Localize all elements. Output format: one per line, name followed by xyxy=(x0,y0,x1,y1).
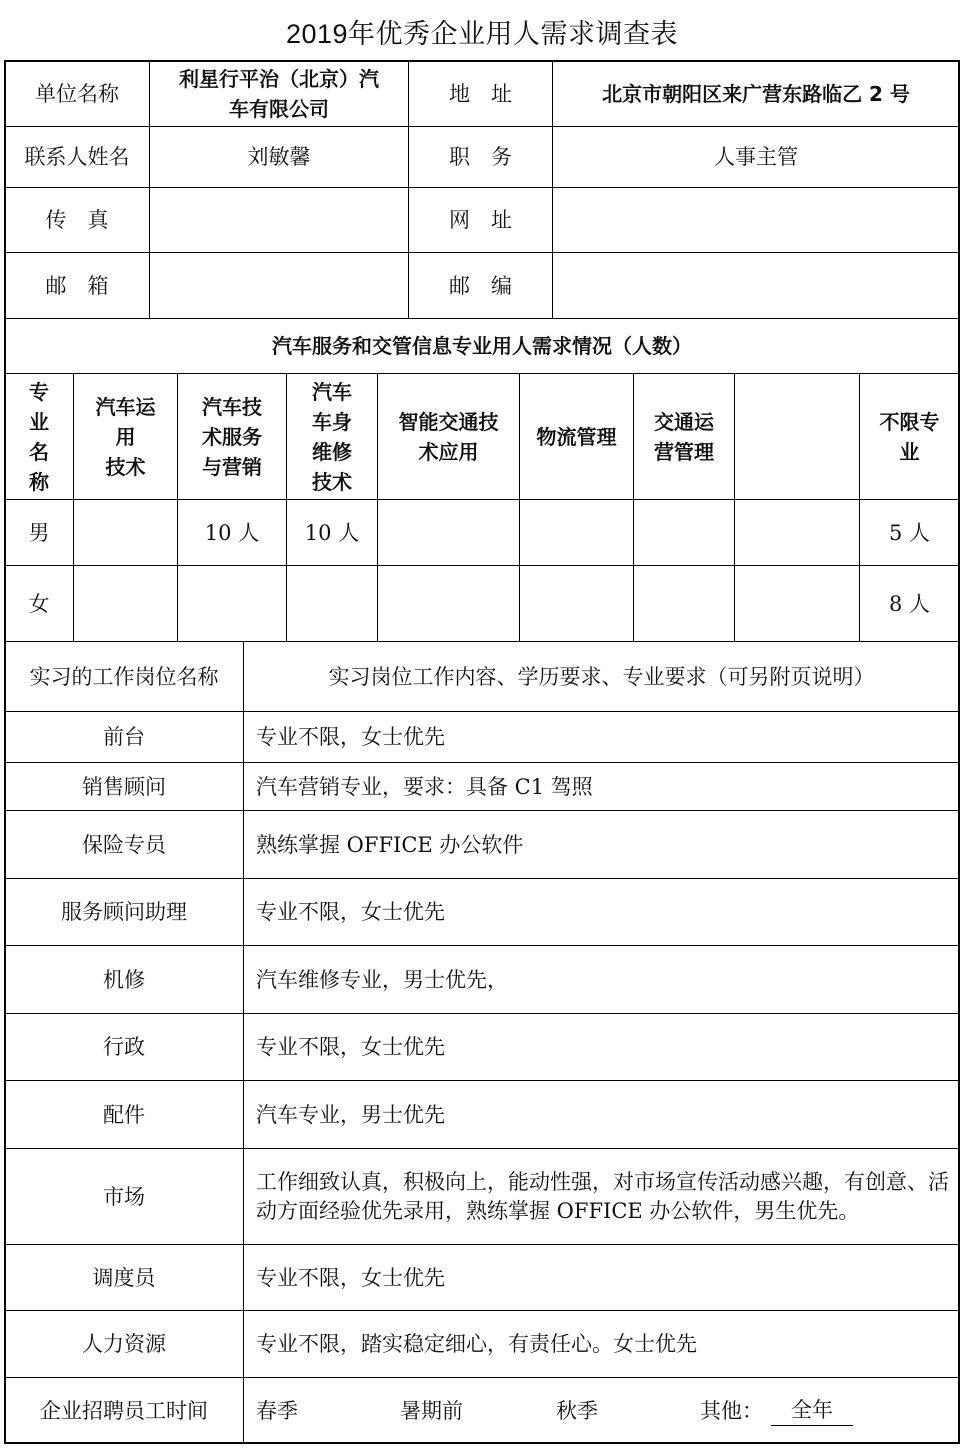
position-requirement: 专业不限，女士优先 xyxy=(243,878,960,946)
line: 智能交通技 xyxy=(399,407,499,437)
line: 营管理 xyxy=(654,437,714,467)
position-requirement: 专业不限，女士优先 xyxy=(243,1013,960,1081)
position-name: 销售顾问 xyxy=(4,762,244,811)
line: 术应用 xyxy=(419,437,479,467)
heading-text: 汽车服务和交管信息专业用人需求情况（人数） xyxy=(272,331,692,361)
email-value xyxy=(149,252,409,319)
female-count-6 xyxy=(734,565,860,642)
position-requirement: 专业不限，女士优先 xyxy=(243,1244,960,1311)
unit-name-line1: 利星行平治（北京）汽 xyxy=(179,64,379,94)
male-count-2: 10 人 xyxy=(286,499,378,566)
line: 物流管理 xyxy=(537,422,617,452)
position-requirement: 专业不限，女士优先 xyxy=(243,711,960,763)
line: 维修 xyxy=(312,437,352,467)
website-label: 网 址 xyxy=(408,187,553,253)
name-text: 人力资源 xyxy=(82,1329,166,1359)
label-text: 职 务 xyxy=(449,142,512,172)
line: 汽车技 xyxy=(202,392,262,422)
line: 用 xyxy=(116,422,136,452)
email-label: 邮 箱 xyxy=(4,252,150,319)
major-header-4: 物流管理 xyxy=(519,373,634,500)
website-value xyxy=(552,187,960,253)
recruit-time-options: 春季 暑期前 秋季 其他： 全年 xyxy=(243,1377,960,1444)
label-text: 邮 箱 xyxy=(46,271,109,301)
major-header-1: 汽车技 术服务 与营销 xyxy=(177,373,287,500)
contact-label: 联系人姓名 xyxy=(4,126,150,188)
major-header-7: 不限专 业 xyxy=(859,373,960,500)
female-count-0 xyxy=(73,565,178,642)
internship-requirement-header: 实习岗位工作内容、学历要求、专业要求（可另附页说明） xyxy=(243,641,960,712)
req-text: 工作细致认真，积极向上，能动性强，对市场宣传活动感兴趣，有创意、活动方面经验优先… xyxy=(256,1168,949,1226)
count: 10 人 xyxy=(305,518,359,548)
req-text: 专业不限，女士优先 xyxy=(256,722,445,752)
address-value: 北京市朝阳区来广营东路临乙 2 号 xyxy=(552,60,960,127)
position-name: 保险专员 xyxy=(4,810,244,879)
position-requirement: 汽车维修专业，男士优先， xyxy=(243,945,960,1014)
name-text: 配件 xyxy=(103,1100,145,1130)
req-text: 专业不限，女士优先 xyxy=(256,1032,445,1062)
req-text: 汽车专业，男士优先 xyxy=(256,1100,445,1130)
gender-male-label: 男 xyxy=(4,499,74,566)
label-text: 邮 编 xyxy=(449,271,512,301)
label-text: 传 真 xyxy=(46,205,109,235)
female-count-7: 8 人 xyxy=(859,565,960,642)
char: 业 xyxy=(29,407,49,437)
req-text: 汽车营销专业，要求：具备 C1 驾照 xyxy=(256,772,593,802)
line: 汽车 xyxy=(312,377,352,407)
major-row-header: 专 业 名 称 xyxy=(4,373,74,500)
label-text: 地 址 xyxy=(449,79,512,109)
position-name: 调度员 xyxy=(4,1244,244,1311)
line: 技术 xyxy=(106,452,146,482)
line: 术服务 xyxy=(202,422,262,452)
position-name: 服务顾问助理 xyxy=(4,878,244,946)
label-text: 企业招聘员工时间 xyxy=(40,1396,208,1426)
position-requirement: 汽车专业，男士优先 xyxy=(243,1080,960,1149)
line: 不限专 xyxy=(880,407,940,437)
position-name: 行政 xyxy=(4,1013,244,1081)
name-text: 行政 xyxy=(103,1032,145,1062)
option-other-value[interactable]: 全年 xyxy=(771,1395,853,1426)
req-text: 专业不限，女士优先 xyxy=(256,1263,445,1293)
fax-label: 传 真 xyxy=(4,187,150,253)
major-header-3: 智能交通技 术应用 xyxy=(377,373,520,500)
name-text: 市场 xyxy=(103,1182,145,1212)
name-text: 服务顾问助理 xyxy=(61,897,187,927)
value-text: 人事主管 xyxy=(714,142,798,172)
major-header-0: 汽车运 用 技术 xyxy=(73,373,178,500)
position-name: 人力资源 xyxy=(4,1310,244,1378)
position-requirement: 熟练掌握 OFFICE 办公软件 xyxy=(243,810,960,879)
gender-female-label: 女 xyxy=(4,565,74,642)
name-text: 机修 xyxy=(103,965,145,995)
position-name: 前台 xyxy=(4,711,244,763)
position-label: 职 务 xyxy=(408,126,553,188)
line: 交通运 xyxy=(654,407,714,437)
req-text: 熟练掌握 OFFICE 办公软件 xyxy=(256,830,523,860)
major-header-6 xyxy=(734,373,860,500)
count: 5 人 xyxy=(889,518,930,548)
major-header-5: 交通运 营管理 xyxy=(633,373,735,500)
recruit-time-label: 企业招聘员工时间 xyxy=(4,1377,244,1444)
count: 8 人 xyxy=(889,589,930,619)
postcode-value xyxy=(552,252,960,319)
line: 业 xyxy=(900,437,920,467)
count: 10 人 xyxy=(205,518,259,548)
fax-value xyxy=(149,187,409,253)
char: 名 xyxy=(29,437,49,467)
line: 车身 xyxy=(312,407,352,437)
address-label: 地 址 xyxy=(408,60,553,127)
name-text: 保险专员 xyxy=(82,830,166,860)
page-title: 2019年优秀企业用人需求调查表 xyxy=(0,12,964,51)
unit-name-label: 单位名称 xyxy=(4,60,150,127)
demand-heading: 汽车服务和交管信息专业用人需求情况（人数） xyxy=(4,318,960,374)
header-text: 实习岗位工作内容、学历要求、专业要求（可另附页说明） xyxy=(329,662,875,692)
line: 技术 xyxy=(312,467,352,497)
male-count-5 xyxy=(633,499,735,566)
line: 与营销 xyxy=(202,452,262,482)
postcode-label: 邮 编 xyxy=(408,252,553,319)
req-text: 汽车维修专业，男士优先， xyxy=(256,965,508,995)
male-count-6 xyxy=(734,499,860,566)
female-count-5 xyxy=(633,565,735,642)
unit-name-line2: 车有限公司 xyxy=(229,94,329,124)
position-value: 人事主管 xyxy=(552,126,960,188)
option-autumn[interactable]: 秋季 xyxy=(556,1396,700,1426)
male-count-4 xyxy=(519,499,634,566)
option-before-summer[interactable]: 暑期前 xyxy=(400,1396,556,1426)
internship-position-header: 实习的工作岗位名称 xyxy=(4,641,244,712)
label-text: 网 址 xyxy=(449,205,512,235)
req-text: 专业不限，女士优先 xyxy=(256,897,445,927)
value-text: 北京市朝阳区来广营东路临乙 2 号 xyxy=(602,79,910,109)
req-text: 专业不限，踏实稳定细心，有责任心。女士优先 xyxy=(256,1329,697,1359)
position-requirement: 工作细致认真，积极向上，能动性强，对市场宣传活动感兴趣，有创意、活动方面经验优先… xyxy=(243,1148,960,1245)
value-text: 刘敏馨 xyxy=(248,142,311,172)
female-count-2 xyxy=(286,565,378,642)
female-count-4 xyxy=(519,565,634,642)
gender-text: 男 xyxy=(29,518,50,548)
label-text: 单位名称 xyxy=(35,79,119,109)
option-spring[interactable]: 春季 xyxy=(256,1396,400,1426)
contact-value: 刘敏馨 xyxy=(149,126,409,188)
label-text: 联系人姓名 xyxy=(25,142,130,172)
char: 称 xyxy=(29,467,49,497)
male-count-7: 5 人 xyxy=(859,499,960,566)
position-requirement: 汽车营销专业，要求：具备 C1 驾照 xyxy=(243,762,960,811)
name-text: 销售顾问 xyxy=(82,772,166,802)
name-text: 调度员 xyxy=(93,1263,156,1293)
option-other-label: 其他： xyxy=(700,1396,763,1426)
line: 汽车运 xyxy=(96,392,156,422)
unit-name-value: 利星行平治（北京）汽 车有限公司 xyxy=(149,60,409,127)
position-requirement: 专业不限，踏实稳定细心，有责任心。女士优先 xyxy=(243,1310,960,1378)
female-count-3 xyxy=(377,565,520,642)
female-count-1 xyxy=(177,565,287,642)
gender-text: 女 xyxy=(29,589,50,619)
male-count-1: 10 人 xyxy=(177,499,287,566)
header-text: 实习的工作岗位名称 xyxy=(30,662,219,692)
position-name: 机修 xyxy=(4,945,244,1014)
major-header-2: 汽车 车身 维修 技术 xyxy=(286,373,378,500)
male-count-0 xyxy=(73,499,178,566)
position-name: 配件 xyxy=(4,1080,244,1149)
male-count-3 xyxy=(377,499,520,566)
position-name: 市场 xyxy=(4,1148,244,1245)
char: 专 xyxy=(29,377,49,407)
name-text: 前台 xyxy=(103,722,145,752)
